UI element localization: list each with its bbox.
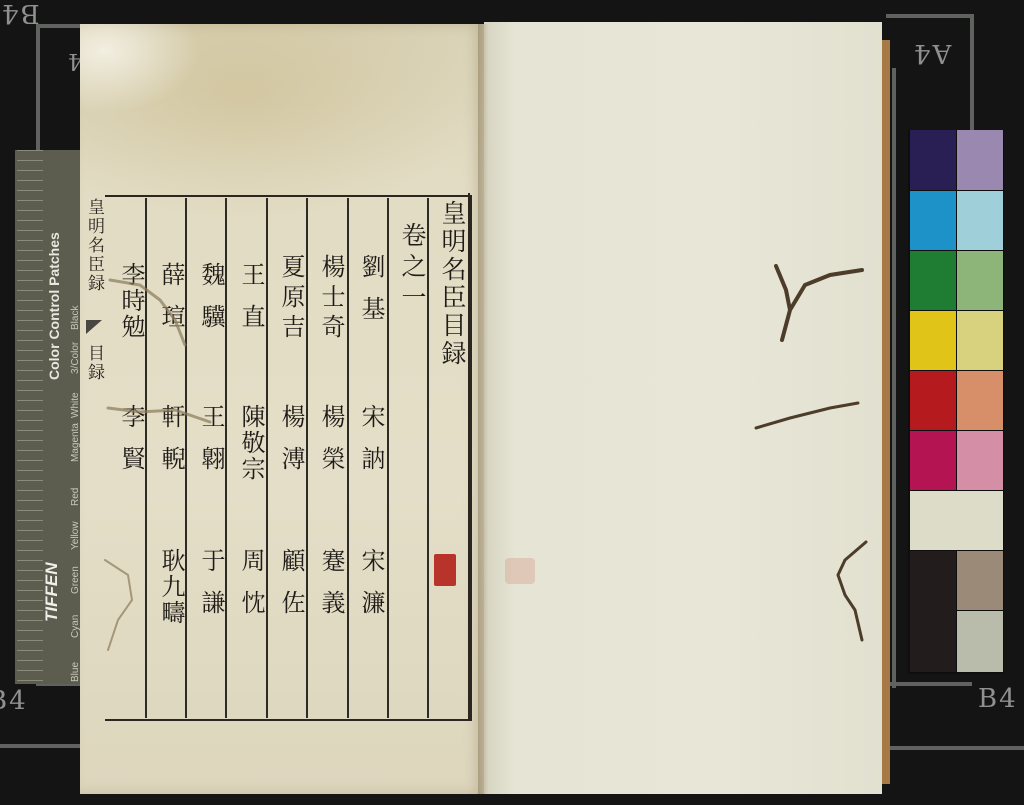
patch-red bbox=[910, 371, 956, 430]
color-control-patches bbox=[908, 130, 1004, 674]
patch-green-light bbox=[957, 251, 1003, 310]
patch-magenta-light bbox=[957, 431, 1003, 490]
patch-yellow bbox=[910, 311, 956, 370]
patch-cyan-light bbox=[957, 191, 1003, 250]
patch-brown bbox=[957, 551, 1003, 610]
patch-blue-light bbox=[957, 130, 1003, 190]
patch-white bbox=[910, 491, 1003, 550]
patch-black bbox=[910, 551, 956, 672]
page-tears bbox=[0, 0, 1024, 805]
patch-red-light bbox=[957, 371, 1003, 430]
patch-green bbox=[910, 251, 956, 310]
patch-yellow-light bbox=[957, 311, 1003, 370]
patch-cyan bbox=[910, 191, 956, 250]
patch-magenta bbox=[910, 431, 956, 490]
patch-gray bbox=[957, 611, 1003, 672]
patch-blue bbox=[910, 130, 956, 190]
